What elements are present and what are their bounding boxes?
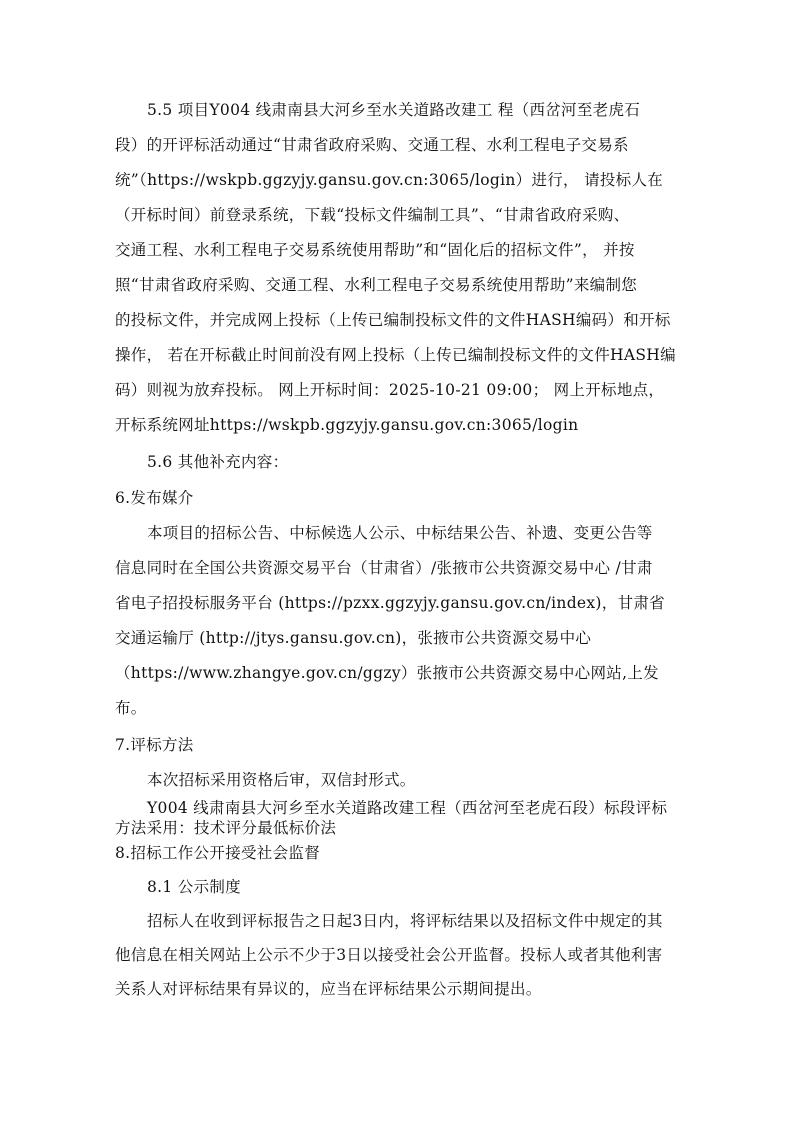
section-8-1-heading: 8.1 公示制度 xyxy=(147,877,241,897)
section-5-5-line-8: 操作， 若在开标截止时间前没有网上投标（上传已编制投标文件的文件HASH编 xyxy=(115,345,676,365)
section-5-5-line-7: 的投标文件，并完成网上投标（上传已编制投标文件的文件HASH编码）和开标 xyxy=(115,310,671,330)
section-6-line-1: 本项目的招标公告、中标候选人公示、中标结果公告、补遗、变更公告等 xyxy=(147,523,653,543)
document-page: 5.5 项目Y004 线肃南县大河乡至水关道路改建工 程（西岔河至老虎石 段）的… xyxy=(0,0,794,1123)
section-7-heading: 7.评标方法 xyxy=(115,735,194,755)
section-5-5-line-5: 交通工程、水利工程电子交易系统使用帮助”和“固化后的招标文件”， 并按 xyxy=(115,240,635,260)
section-5-5-line-3: 统”（https://wskpb.ggzyjy.gansu.gov.cn:306… xyxy=(115,170,663,190)
section-8-heading: 8.招标工作公开接受社会监督 xyxy=(115,843,320,863)
section-8-line-2: 他信息在相关网站上公示不少于3日以接受社会公开监督。投标人或者其他利害 xyxy=(115,945,662,965)
section-6-line-5: （https://www.zhangye.gov.cn/ggzy）张掖市公共资源… xyxy=(115,663,659,683)
section-5-5-line-4: （开标时间）前登录系统，下载“投标文件编制工具”、“甘肃省政府采购、 xyxy=(115,205,629,225)
section-6-line-3: 省电子招投标服务平台 (https://pzxx.ggzyjy.gansu.go… xyxy=(115,593,665,613)
section-8-line-3: 关系人对评标结果有异议的，应当在评标结果公示期间提出。 xyxy=(115,979,542,999)
section-6-line-2: 信息同时在全国公共资源交易平台（甘肃省）/张掖市公共资源交易中心 /甘肃 xyxy=(115,558,653,578)
section-5-5-line-1: 5.5 项目Y004 线肃南县大河乡至水关道路改建工 程（西岔河至老虎石 xyxy=(147,100,640,120)
section-7-line-2: Y004 线肃南县大河乡至水关道路改建工程（西岔河至老虎石段）标段评标 xyxy=(147,798,667,818)
section-6-heading: 6.发布媒介 xyxy=(115,488,194,508)
section-6-line-6: 布。 xyxy=(115,698,147,718)
section-5-6-heading: 5.6 其他补充内容： xyxy=(147,452,288,472)
section-5-5-line-10: 开标系统网址https://wskpb.ggzyjy.gansu.gov.cn:… xyxy=(115,415,578,435)
section-5-5-line-6: 照“甘肃省政府采购、交通工程、水利工程电子交易系统使用帮助”来编制您 xyxy=(115,275,637,295)
section-6-line-4: 交通运输厅 (http://jtys.gansu.gov.cn)，张掖市公共资源… xyxy=(115,628,591,648)
section-7-line-1: 本次招标采用资格后审，双信封形式。 xyxy=(147,770,416,790)
section-5-5-line-2: 段）的开评标活动通过“甘肃省政府采购、交通工程、水利工程电子交易系 xyxy=(115,135,629,155)
section-7-line-3: 方法采用：技术评分最低标价法 xyxy=(115,818,336,838)
section-8-line-1: 招标人在收到评标报告之日起3日内，将评标结果以及招标文件中规定的其 xyxy=(147,911,663,931)
section-5-5-line-9: 码）则视为放弃投标。 网上开标时间：2025-10-21 09:00； 网上开标… xyxy=(115,380,664,400)
